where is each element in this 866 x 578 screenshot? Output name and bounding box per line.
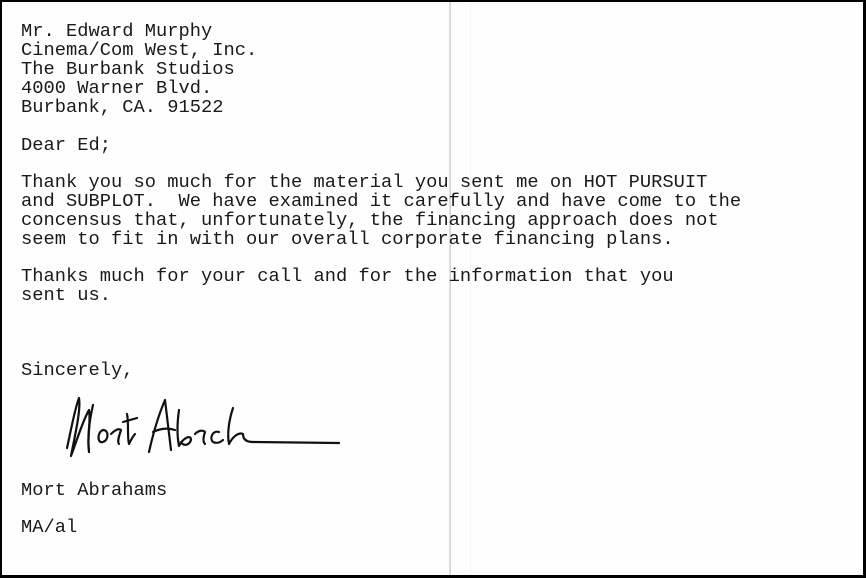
signature-icon — [57, 390, 347, 470]
paragraph1-line: seem to fit in with our overall corporat… — [21, 230, 674, 249]
letter-page: Mr. Edward Murphy Cinema/Com West, Inc. … — [2, 2, 863, 575]
paper-crease — [470, 2, 471, 575]
paragraph2-line: Thanks much for your call and for the in… — [21, 267, 674, 286]
signer-name: Mort Abrahams — [21, 481, 167, 500]
address-line-city: Burbank, CA. 91522 — [21, 98, 224, 117]
paper-fold-line — [449, 2, 451, 575]
closing: Sincerely, — [21, 361, 134, 380]
salutation: Dear Ed; — [21, 136, 111, 155]
paragraph2-line: sent us. — [21, 286, 111, 305]
reference-initials: MA/al — [21, 518, 77, 537]
